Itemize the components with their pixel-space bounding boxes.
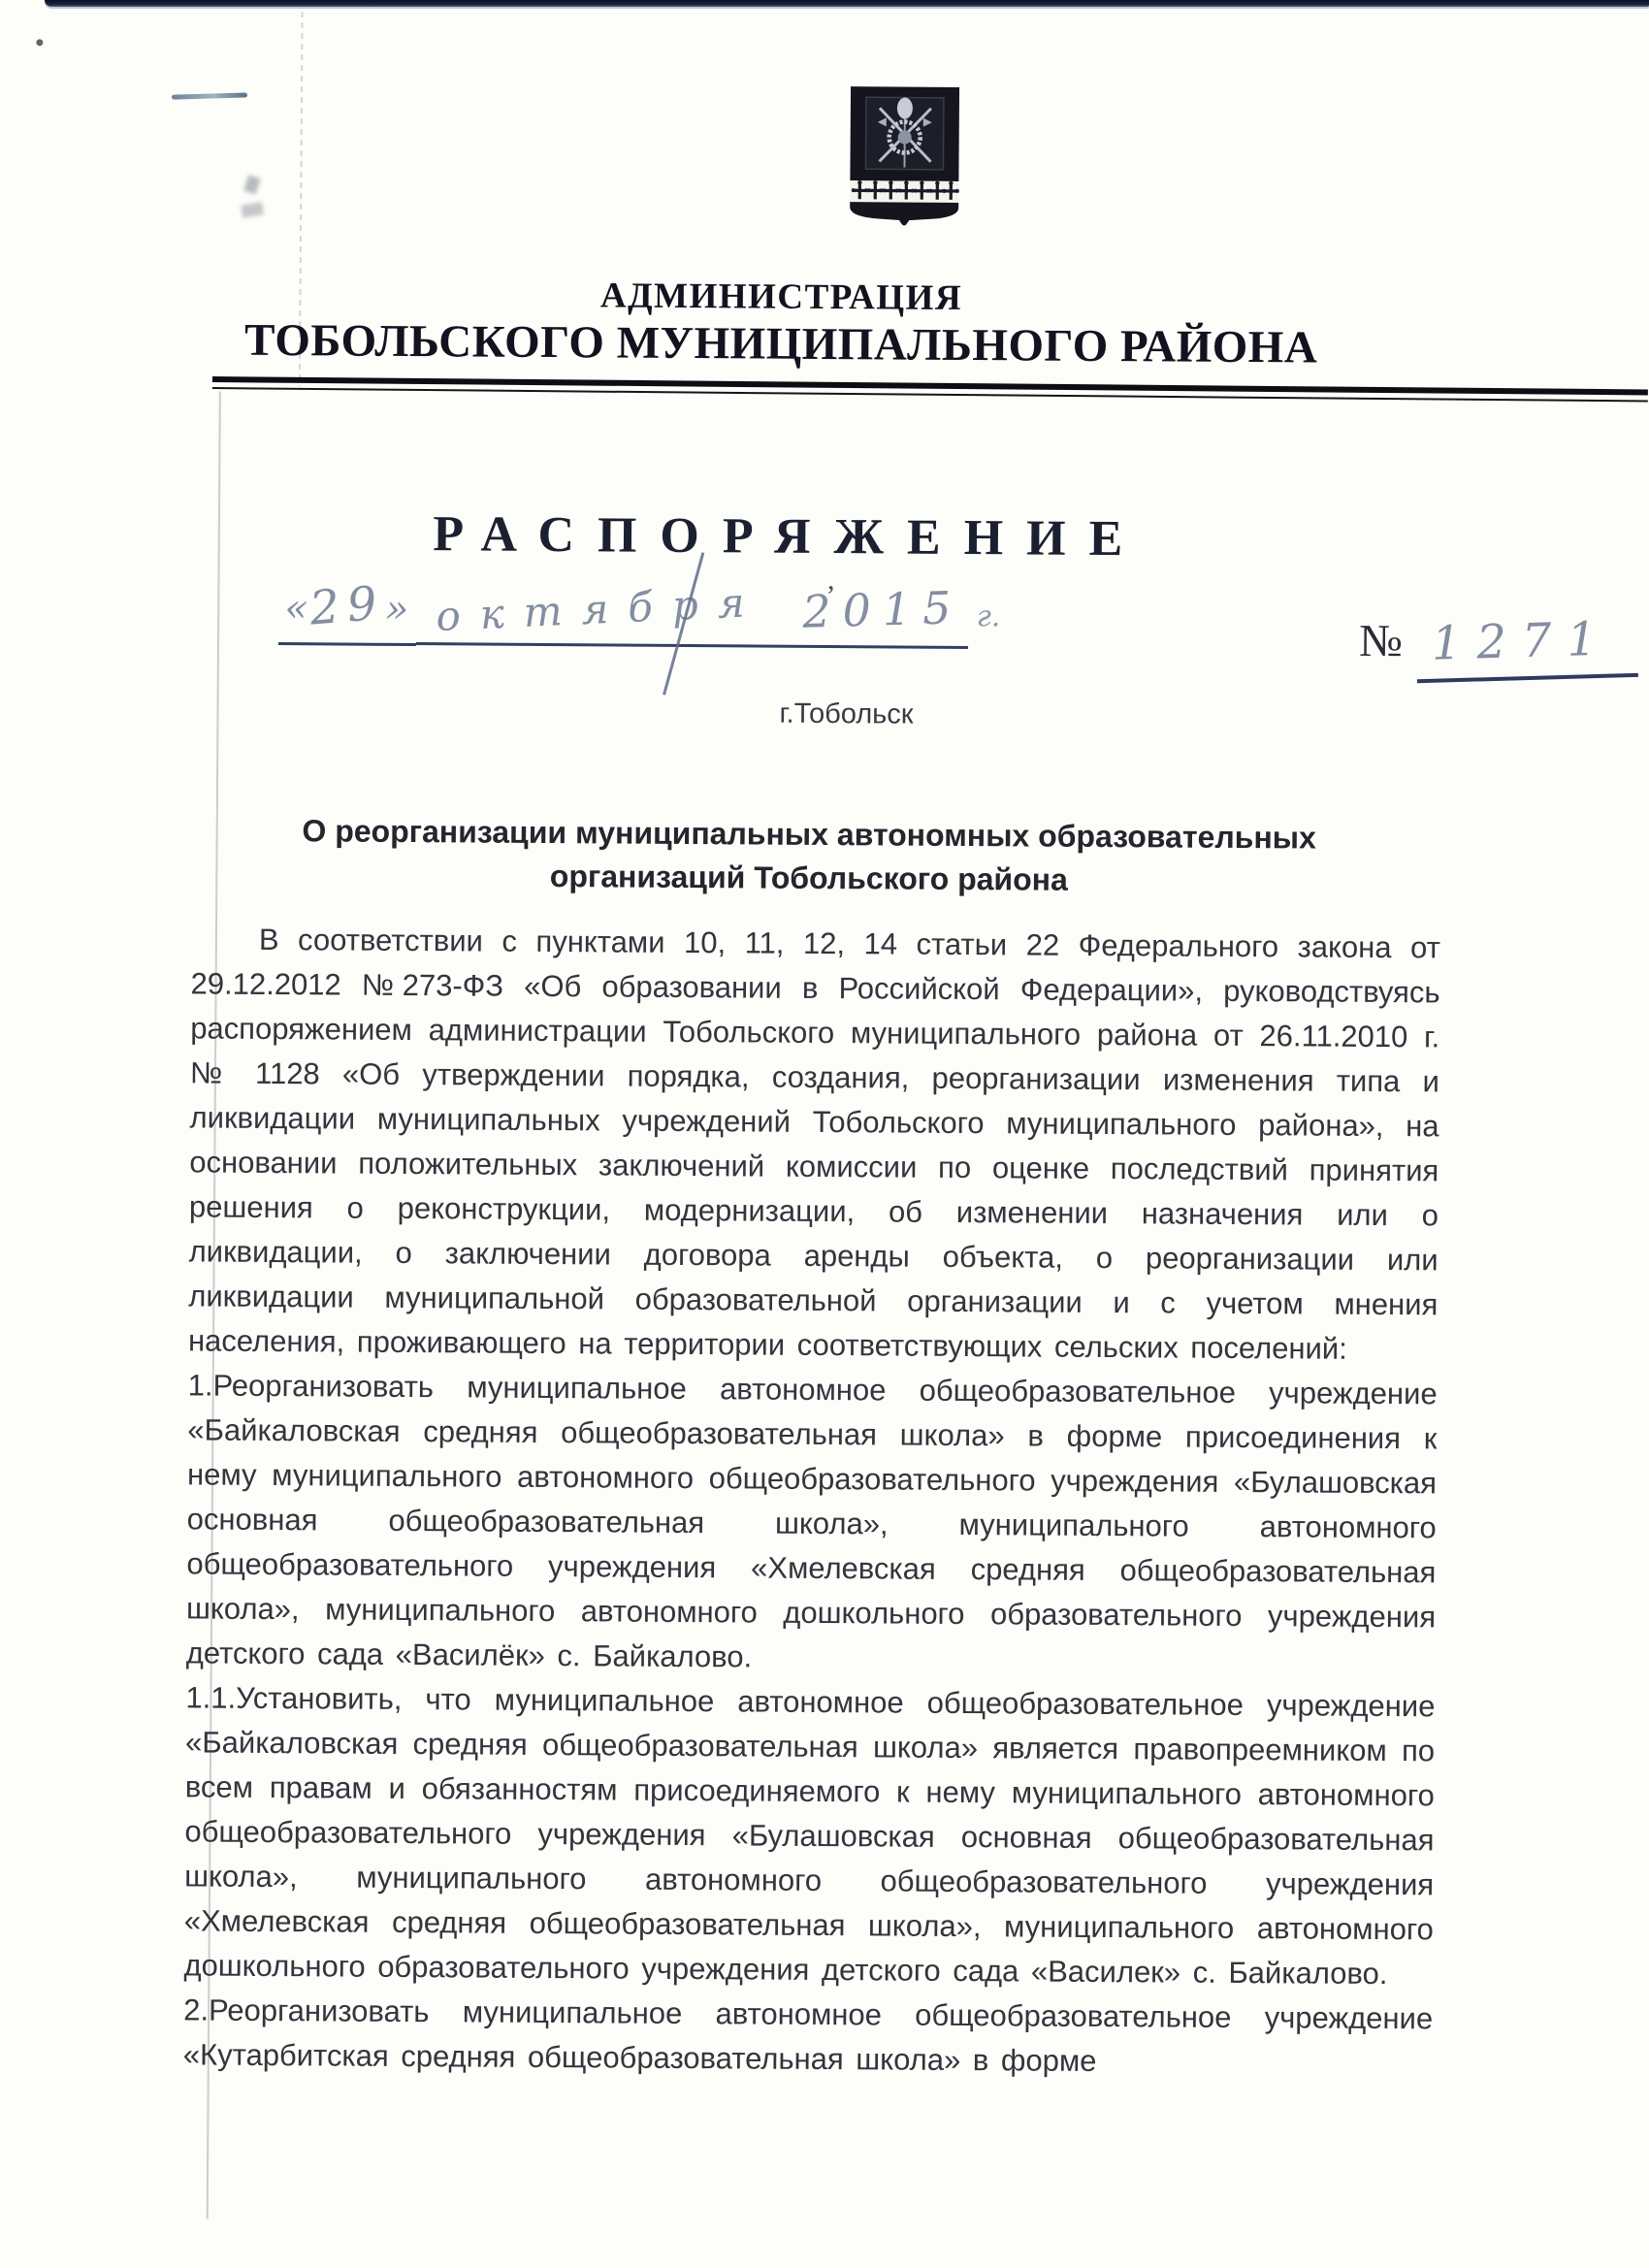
scanned-document-page: АДМИНИСТРАЦИЯ ТОБОЛЬСКОГО МУНИЦИПАЛЬНОГО… [0,0,1649,2268]
document-title-line2: организаций Тобольского района [243,853,1374,904]
scan-dot-artifact [36,39,43,46]
open-quote: « [284,586,310,631]
number-sign: № [1359,616,1403,666]
date-day-segment: «29» [278,578,417,646]
clause-2-paragraph: 2.Реорганизовать муниципальное автономно… [183,1988,1434,2086]
preamble-paragraph: В соответствии с пунктами 10, 11, 12, 14… [188,917,1440,1372]
coat-of-arms-shield [849,85,960,226]
document-number-handwritten: 1271 [1415,611,1638,683]
document-type-heading: РАСПОРЯЖЕНИЕ [111,503,1469,570]
clause-1-1-paragraph: 1.1.Установить, что муниципальное автоно… [183,1675,1435,1996]
scan-smudge-artifact [243,175,261,194]
date-year-segment: 2015 [769,583,969,649]
close-quote: » [385,587,411,632]
clause-1-paragraph: 1.Реорганизовать муниципальное автономно… [186,1363,1438,1684]
city-line: г.Тобольск [70,694,1622,736]
letterhead-divider-rule [212,376,1648,402]
scan-smudge-artifact [241,202,264,217]
date-month-segment: октября [416,583,770,648]
date-year-handwritten: 2015 [802,581,964,638]
document-title: О реорганизации муниципальных автономных… [243,809,1374,904]
scan-dash-artifact [172,92,247,99]
document-number-line: № 1271 [1359,613,1638,681]
document-title-line1: О реорганизации муниципальных автономных… [244,809,1374,860]
date-line: «29»октября2015г. [278,578,1001,650]
date-year-suffix: г. [977,599,1001,633]
document-body: В соответствии с пунктами 10, 11, 12, 14… [183,917,1440,2086]
scanned-content: АДМИНИСТРАЦИЯ ТОБОЛЬСКОГО МУНИЦИПАЛЬНОГО… [0,0,1649,2268]
date-day-handwritten: 29 [308,576,387,636]
letterhead: АДМИНИСТРАЦИЯ ТОБОЛЬСКОГО МУНИЦИПАЛЬНОГО… [102,273,1461,374]
coat-of-arms-icon [849,85,960,226]
organization-name-line2: ТОБОЛЬСКОГО МУНИЦИПАЛЬНОГО РАЙОНА [102,314,1460,374]
date-month-handwritten: октября [435,578,764,640]
